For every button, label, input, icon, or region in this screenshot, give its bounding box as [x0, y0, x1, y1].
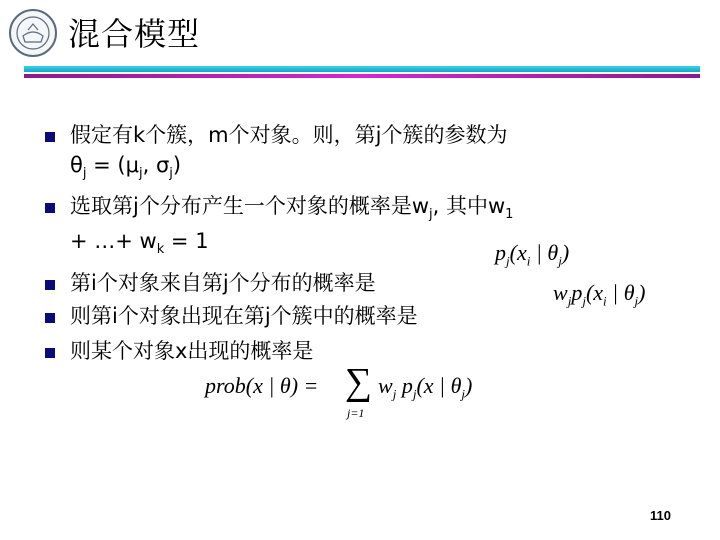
slide-title: 混合模型 [68, 14, 200, 54]
title-divider-cyan [24, 66, 700, 72]
bullet-4: 则第i个对象出现在第j个簇中的概率是 [70, 303, 418, 329]
formula-prob: prob(x | θ) = [205, 373, 318, 399]
university-seal-icon [8, 8, 58, 58]
formula-wjpj: wjpj(xi | θj) [553, 280, 645, 309]
bullet-5: 则某个对象x出现的概率是 [70, 338, 313, 364]
bullet-icon [45, 348, 55, 358]
bullet-1-line-2: θj = (μj, σj) [70, 152, 181, 187]
sum-symbol: ∑ [345, 360, 372, 404]
bullet-3: 第i个对象来自第j个分布的概率是 [70, 270, 376, 296]
title-divider-purple [24, 74, 700, 78]
bullet-1-line-1: 假定有k个簇，m个对象。则，第j个簇的参数为 [70, 122, 507, 148]
bullet-icon [45, 203, 55, 213]
formula-prob-rhs: wj pj(x | θj) [378, 373, 472, 402]
formula-pj: pj(xi | θj) [495, 240, 569, 269]
page-number: 110 [650, 508, 671, 523]
sum-index: j=1 [347, 406, 364, 421]
bullet-2-line-2: + …+ wk = 1 [70, 228, 209, 263]
bullet-2-line-1: 选取第j个分布产生一个对象的概率是wj, 其中w1 [70, 193, 513, 228]
bullet-icon [45, 280, 55, 290]
bullet-icon [45, 313, 55, 323]
bullet-icon [45, 132, 55, 142]
